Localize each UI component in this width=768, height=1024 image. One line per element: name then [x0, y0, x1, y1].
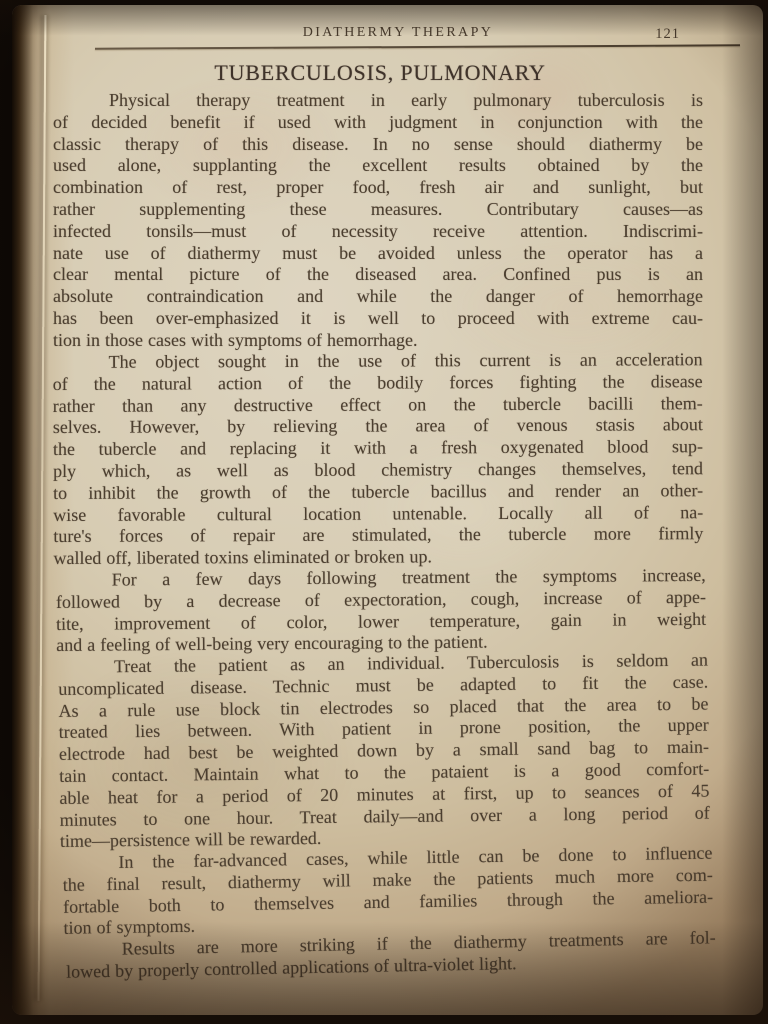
text-line: ture's forces of repair are stimulated, …	[53, 523, 703, 548]
text-line: absolute contraindication and while the …	[53, 286, 703, 308]
text-line: rather supplementing these measures. Con…	[53, 199, 703, 221]
text-line: the tubercle and replacing it with a fre…	[53, 436, 703, 461]
text-line: nate use of diathermy must be avoided un…	[53, 243, 703, 265]
text-line: clear mental picture of the diseased are…	[53, 264, 703, 286]
body-text: Physical therapy treatment in early pulm…	[53, 90, 703, 984]
text-line: of decided benefit if used with judgment…	[53, 112, 703, 134]
text-line: selves. However, by relieving the area o…	[53, 414, 703, 439]
text-line: of the natural action of the bodily forc…	[53, 371, 703, 396]
text-line: The object sought in the use of this cur…	[53, 349, 703, 374]
text-line: Physical therapy treatment in early pulm…	[53, 90, 703, 112]
text-line: has been over-emphasized it is well to p…	[53, 308, 703, 330]
text-line: classic therapy of this disease. In no s…	[53, 134, 703, 156]
text-line: ply which, as well as blood chemistry ch…	[53, 458, 703, 483]
page-number: 121	[655, 26, 680, 43]
running-header-row: DIATHERMY THERAPY 121	[60, 25, 736, 41]
paragraph: For a few days following treatment the s…	[56, 564, 707, 656]
text-line: rather than any destructive effect on th…	[53, 392, 703, 417]
text-line: tion in those cases with symptoms of hem…	[53, 330, 703, 352]
text-line: combination of rest, proper food, fresh …	[53, 177, 703, 199]
paragraph: Treat the patient as an individual. Tube…	[58, 649, 710, 853]
photo-background: DIATHERMY THERAPY 121 TUBERCULOSIS, PULM…	[0, 0, 768, 1024]
page-content: DIATHERMY THERAPY 121 TUBERCULOSIS, PULM…	[0, 0, 768, 1024]
text-line: used alone, supplanting the excellent re…	[53, 155, 703, 177]
section-title: TUBERCULOSIS, PULMONARY	[55, 60, 705, 86]
text-line: wise favorable cultural location untenab…	[53, 501, 703, 526]
text-line: to inhibit the growth of the tubercle ba…	[53, 480, 703, 505]
paragraph: In the far-advanced cases, while little …	[62, 843, 713, 940]
text-line: infected tonsils—must of necessity recei…	[53, 221, 703, 243]
paragraph: The object sought in the use of this cur…	[53, 349, 704, 570]
header-rule	[95, 44, 740, 49]
paragraph: Physical therapy treatment in early pulm…	[53, 90, 703, 352]
running-header: DIATHERMY THERAPY	[303, 25, 494, 40]
